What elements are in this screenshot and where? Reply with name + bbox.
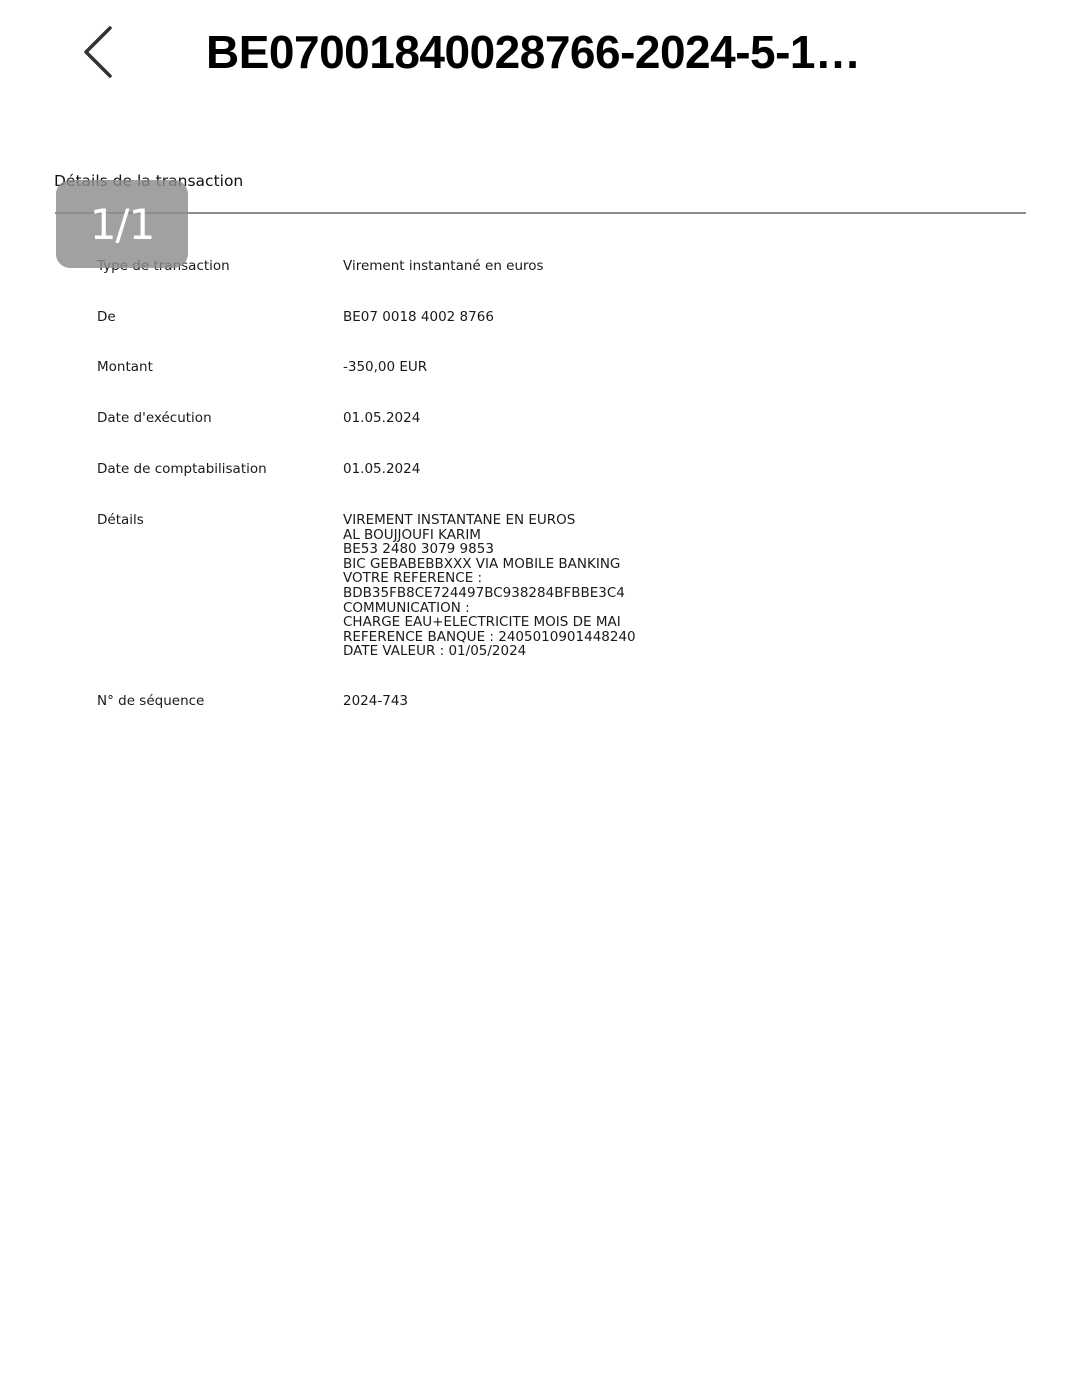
details-line: DATE VALEUR : 01/05/2024 xyxy=(343,644,636,659)
row-label: De xyxy=(97,310,116,325)
row-value: 2024-743 xyxy=(343,694,408,709)
details-line: AL BOUJJOUFI KARIM xyxy=(343,528,636,543)
row-value: Virement instantané en euros xyxy=(343,259,544,274)
details-line: VIREMENT INSTANTANE EN EUROS xyxy=(343,513,636,528)
top-bar: BE07001840028766-2024-5-1… xyxy=(0,0,1080,108)
divider xyxy=(55,212,1026,214)
row-value-lines: VIREMENT INSTANTANE EN EUROS AL BOUJJOUF… xyxy=(343,513,636,659)
row-label: Détails xyxy=(97,513,144,528)
row-label: Date de comptabilisation xyxy=(97,462,267,477)
page-indicator: 1/1 xyxy=(56,180,188,268)
row-label: Montant xyxy=(97,360,153,375)
details-line: REFERENCE BANQUE : 2405010901448240 xyxy=(343,630,636,645)
details-line: BE53 2480 3079 9853 xyxy=(343,542,636,557)
row-label: N° de séquence xyxy=(97,694,204,709)
chevron-left-icon xyxy=(76,22,126,82)
row-value: 01.05.2024 xyxy=(343,462,420,477)
back-button[interactable] xyxy=(76,22,126,82)
details-line: CHARGE EAU+ELECTRICITE MOIS DE MAI xyxy=(343,615,636,630)
row-value: 01.05.2024 xyxy=(343,411,420,426)
details-line: BDB35FB8CE724497BC938284BFBBE3C4 xyxy=(343,586,636,601)
document-title: BE07001840028766-2024-5-1… xyxy=(206,24,861,80)
details-line: BIC GEBABEBBXXX VIA MOBILE BANKING xyxy=(343,557,636,572)
details-line: COMMUNICATION : xyxy=(343,601,636,616)
row-value: -350,00 EUR xyxy=(343,360,427,375)
row-label: Date d'exécution xyxy=(97,411,212,426)
details-line: VOTRE REFERENCE : xyxy=(343,571,636,586)
row-value: BE07 0018 4002 8766 xyxy=(343,310,494,325)
